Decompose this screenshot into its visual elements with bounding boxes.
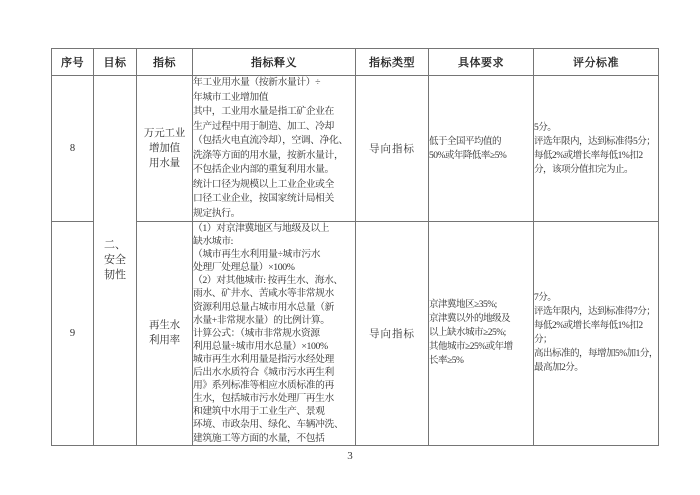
document-page: 序号 目标 指标 指标释义 指标类型 具体要求 评分标准 8 二、 安全 韧性 …: [0, 0, 700, 495]
goal-cell: 二、 安全 韧性: [94, 76, 137, 446]
scoring-cell: 5分。 评选年限内，达到标准得5分； 每低2%或增长率每低1%扣2 分，该项分值…: [534, 76, 659, 222]
indicator-cell: 再生水 利用率: [137, 222, 193, 446]
table-row-9: 9 再生水 利用率 （1）对京津冀地区与地级及以上 缺水城市: （城市再生水利用…: [52, 222, 659, 446]
column-header-seq: 序号: [52, 49, 94, 76]
seq-cell: 9: [52, 222, 94, 446]
indicator-cell: 万元工业 增加值 用水量: [137, 76, 193, 222]
indicator-table: 序号 目标 指标 指标释义 指标类型 具体要求 评分标准 8 二、 安全 韧性 …: [51, 48, 659, 446]
seq-cell: 8: [52, 76, 94, 222]
requirement-cell: 京津冀地区≥35%; 京津冀以外的地级及 以上缺水城市≥25%; 其他城市≥25…: [429, 222, 534, 446]
definition-cell: 年工业用水量（按新水量计）÷ 年城市工业增加值 其中，工业用水量是指工矿企业在 …: [193, 76, 356, 222]
requirement-cell: 低于全国平均值的 50%或年降低率≥5%: [429, 76, 534, 222]
type-cell: 导向指标: [356, 76, 429, 222]
page-number: 3: [330, 450, 370, 462]
column-header-scoring: 评分标准: [534, 49, 659, 76]
type-cell: 导向指标: [356, 222, 429, 446]
column-header-definition: 指标释义: [193, 49, 356, 76]
definition-cell: （1）对京津冀地区与地级及以上 缺水城市: （城市再生水利用量÷城市污水 处理厂…: [193, 222, 356, 446]
column-header-goal: 目标: [94, 49, 137, 76]
scoring-cell: 7分。 评选年限内，达到标准得7分； 每低2%或增长率每低1%扣2 分； 高出标…: [534, 222, 659, 446]
column-header-requirement: 具体要求: [429, 49, 534, 76]
table-row-8: 8 二、 安全 韧性 万元工业 增加值 用水量 年工业用水量（按新水量计）÷ 年…: [52, 76, 659, 222]
table-header-row: 序号 目标 指标 指标释义 指标类型 具体要求 评分标准: [52, 49, 659, 76]
column-header-type: 指标类型: [356, 49, 429, 76]
column-header-indicator: 指标: [137, 49, 193, 76]
